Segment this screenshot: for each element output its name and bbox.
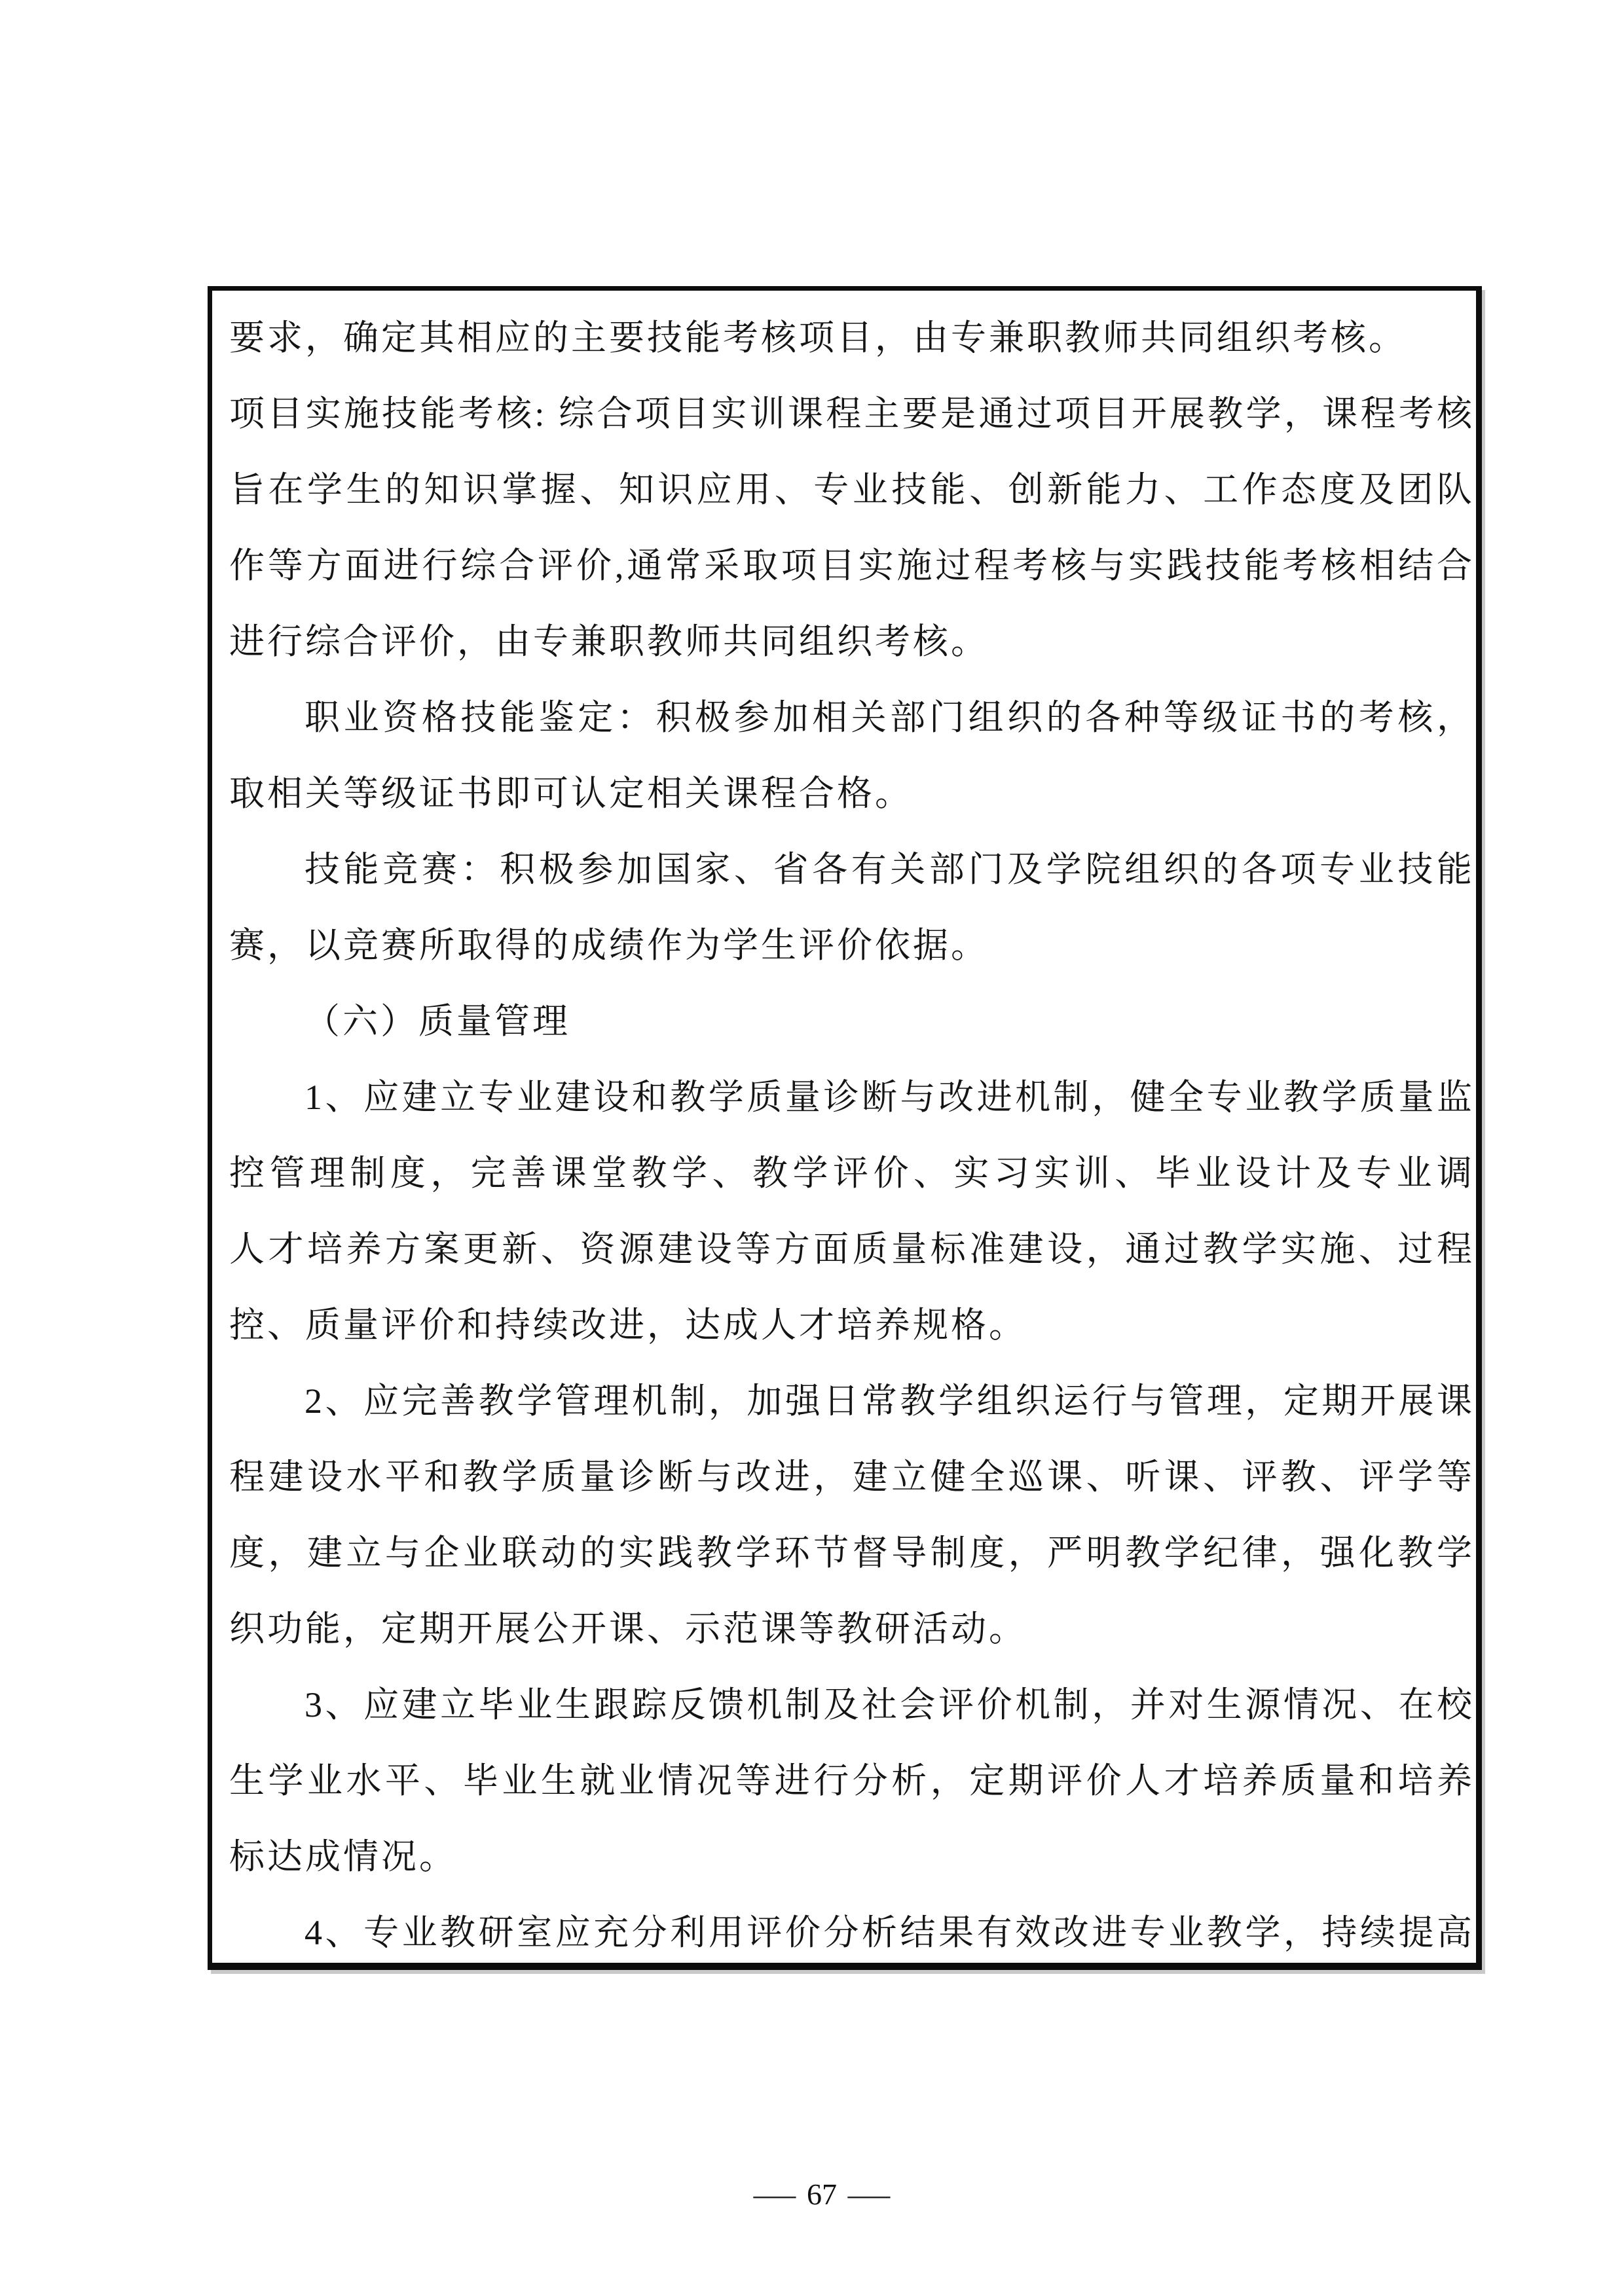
text-line: 旨在学生的知识掌握、知识应用、专业技能、创新能力、工作态度及团队合 [229, 452, 1475, 528]
text-line: 要求，确定其相应的主要技能考核项目，由专兼职教师共同组织考核。 [229, 300, 1475, 376]
page-footer: —67— [0, 2175, 1624, 2214]
text-line: 控管理制度，完善课堂教学、教学评价、实习实训、毕业设计及专业调研、 [229, 1135, 1475, 1211]
text-line: 技能竞赛：积极参加国家、省各有关部门及学院组织的各项专业技能竞 [229, 831, 1475, 907]
text-line: 取相关等级证书即可认定相关课程合格。 [229, 756, 1475, 831]
text-line: 1、应建立专业建设和教学质量诊断与改进机制，健全专业教学质量监 [229, 1059, 1475, 1135]
text-line: 2、应完善教学管理机制，加强日常教学组织运行与管理，定期开展课 [229, 1363, 1475, 1439]
text-lines: 要求，确定其相应的主要技能考核项目，由专兼职教师共同组织考核。项目实施技能考核:… [212, 291, 1476, 1963]
text-line: 职业资格技能鉴定：积极参加相关部门组织的各种等级证书的考核，考 [229, 680, 1475, 756]
document-text-box: 要求，确定其相应的主要技能考核项目，由专兼职教师共同组织考核。项目实施技能考核:… [208, 286, 1482, 1970]
text-line: 4、专业教研室应充分利用评价分析结果有效改进专业教学，持续提高 [229, 1895, 1475, 1963]
page-number-dash-left: — [754, 2175, 796, 2214]
text-line: 作等方面进行综合评价,通常采取项目实施过程考核与实践技能考核相结合 [229, 528, 1475, 604]
text-line: （六）质量管理 [229, 983, 1475, 1059]
page-number-dash-right: — [848, 2175, 890, 2214]
text-line: 标达成情况。 [229, 1819, 1475, 1895]
text-line: 赛，以竞赛所取得的成绩作为学生评价依据。 [229, 907, 1475, 983]
text-line: 织功能，定期开展公开课、示范课等教研活动。 [229, 1591, 1475, 1667]
text-line: 生学业水平、毕业生就业情况等进行分析，定期评价人才培养质量和培养目 [229, 1743, 1475, 1819]
text-line: 进行综合评价，由专兼职教师共同组织考核。 [229, 604, 1475, 680]
page-number: 67 [807, 2178, 837, 2211]
text-line: 人才培养方案更新、资源建设等方面质量标准建设，通过教学实施、过程监 [229, 1211, 1475, 1287]
text-line: 3、应建立毕业生跟踪反馈机制及社会评价机制，并对生源情况、在校 [229, 1667, 1475, 1743]
text-line: 控、质量评价和持续改进，达成人才培养规格。 [229, 1287, 1475, 1363]
text-line: 度，建立与企业联动的实践教学环节督导制度，严明教学纪律，强化教学组 [229, 1515, 1475, 1591]
text-line: 项目实施技能考核: 综合项目实训课程主要是通过项目开展教学，课程考核 [229, 376, 1475, 452]
text-line: 程建设水平和教学质量诊断与改进，建立健全巡课、听课、评教、评学等制 [229, 1439, 1475, 1515]
